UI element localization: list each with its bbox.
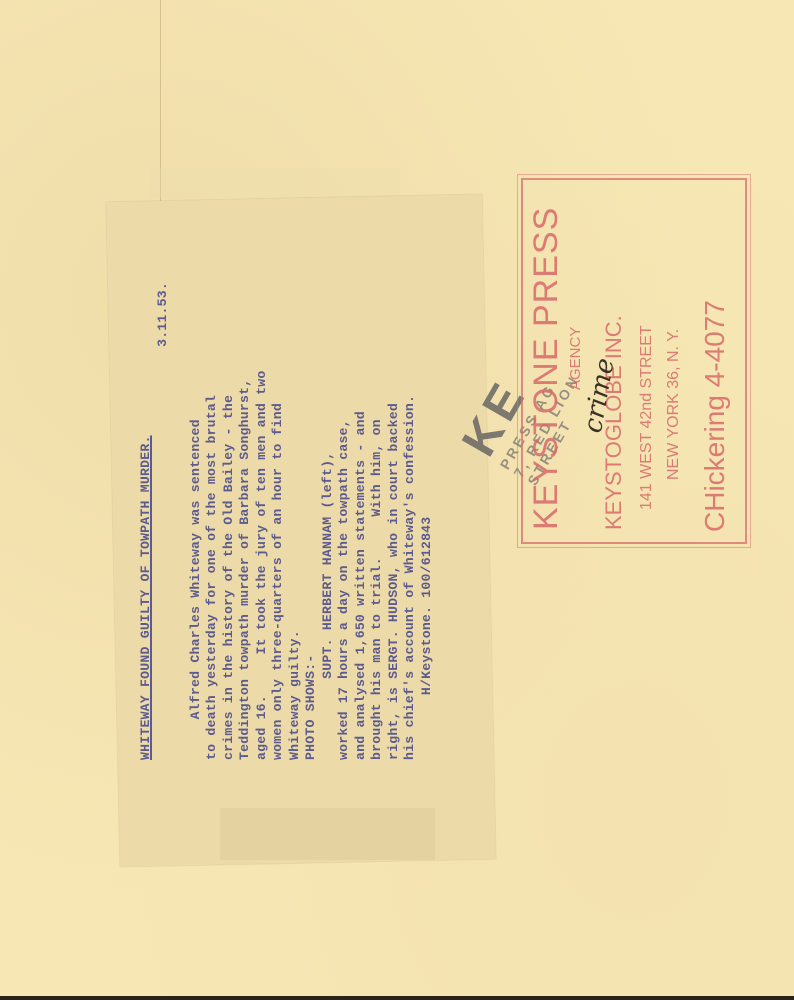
- body-line: women only three-quarters of an hour to …: [270, 240, 287, 760]
- body-line: Whiteway guilty.: [287, 240, 304, 760]
- scan-edge: [0, 996, 794, 1000]
- tape-strip-top: [150, 168, 400, 198]
- red-stamp-phone: CHickering 4-4077: [699, 300, 731, 532]
- body-line: Alfred Charles Whiteway was sentenced: [188, 240, 205, 760]
- photo-line: and analysed 1,650 written statements - …: [353, 240, 370, 760]
- photo-line: brought his man to trial. With him, on: [369, 240, 386, 760]
- photo-line: his chief's account of Whiteway's confes…: [402, 240, 419, 760]
- body-line: to death yesterday for one of the most b…: [204, 240, 221, 760]
- photo-line: worked 17 hours a day on the towpath cas…: [336, 240, 353, 760]
- caption-date: 3.11.53.: [155, 240, 172, 760]
- red-stamp-city: NEW YORK 36, N. Y.: [665, 329, 683, 480]
- body-line: crimes in the history of the Old Bailey …: [221, 240, 238, 760]
- body-line: aged 16. It took the jury of ten men and…: [254, 240, 271, 760]
- photo-line: SUPT. HERBERT HANNAM (left),: [320, 240, 337, 760]
- photo-label: PHOTO SHOWS:-: [303, 240, 320, 760]
- keystone-red-stamp: KEYSTONE PRESS AGENCY KEYSTOGLOBE INC. 1…: [521, 178, 747, 544]
- photo-line: right, is SERGT. HUDSON, who in court ba…: [386, 240, 403, 760]
- caption-text-block: WHITEWAY FOUND GUILTY OF TOWPATH MURDER.…: [138, 240, 435, 760]
- red-stamp-agency-sub: AGENCY: [567, 327, 584, 390]
- photo-line: H/Keystone. 100/612843: [419, 240, 436, 760]
- tape-strip-bottom: [220, 808, 435, 860]
- caption-title: WHITEWAY FOUND GUILTY OF TOWPATH MURDER.: [138, 240, 155, 760]
- body-line: Teddington towpath murder of Barbara Son…: [237, 240, 254, 760]
- red-stamp-address: 141 WEST 42nd STREET: [638, 325, 656, 510]
- red-stamp-agency: KEYSTONE PRESS: [527, 207, 566, 530]
